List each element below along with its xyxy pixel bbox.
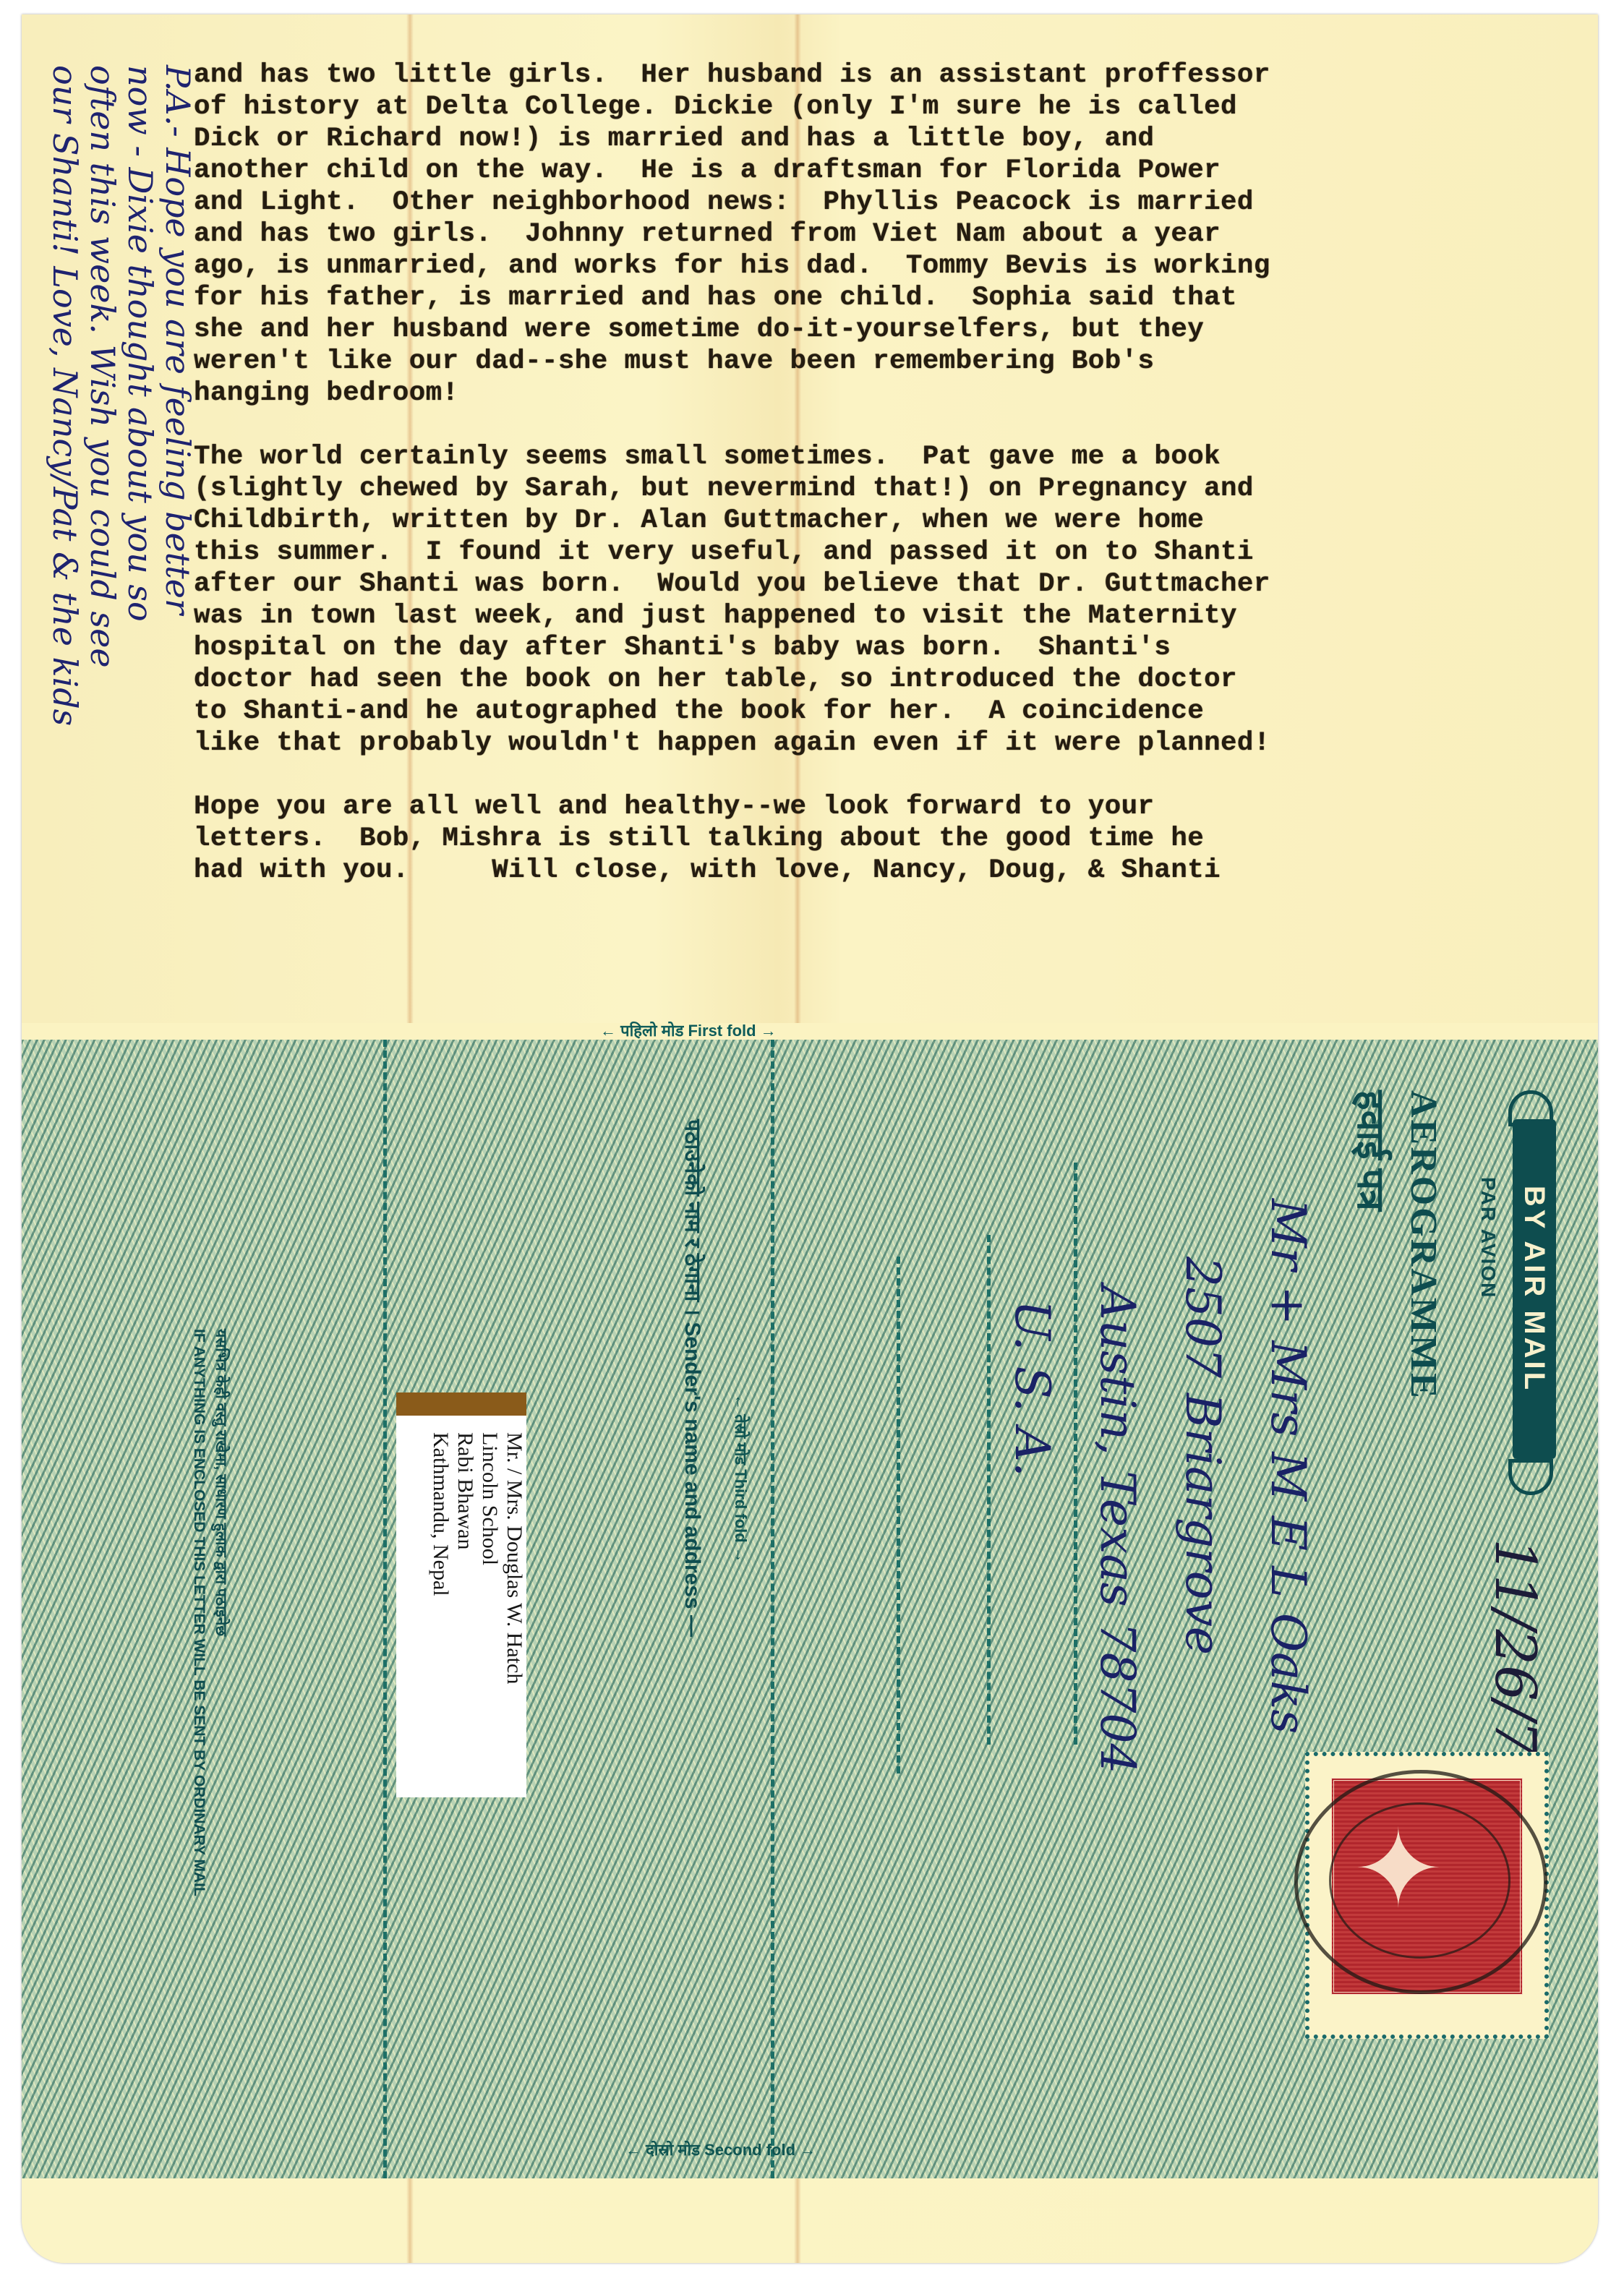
postmark-inner-ring (1329, 1802, 1510, 1959)
sender-city: Kathmandu, Nepal (428, 1432, 453, 1801)
fold-crease (794, 2178, 801, 2263)
margin-note-line: now - Dixie thought about you so (121, 65, 159, 1027)
bottom-flap (22, 2178, 1598, 2263)
margin-note-line: our Shanti! Love, Nancy/Pat & the kids (46, 65, 84, 1027)
enclosure-warning-nepali: यसभित्र केही वस्तु राखेमा, साधारण हुलाक … (210, 1329, 231, 1896)
typewritten-letter-body: and has two little girls. Her husband is… (194, 59, 1589, 918)
margin-note-line: P.A.- Hope you are feeling better (159, 65, 197, 1027)
address-line-country: U. S. A. (989, 1184, 1074, 2052)
sender-name: Mr. / Mrs. Douglas W. Hatch (502, 1432, 526, 1801)
first-fold-label: ← पहिलो मोड First fold → (600, 1019, 777, 1041)
margin-note-line: often this week. Wish you could see (84, 65, 121, 1027)
sender-school: Lincoln School (477, 1432, 502, 1801)
third-fold-line (383, 1040, 387, 2178)
enclosure-warning-english: IF ANYTHING IS ENCLOSED THIS LETTER WILL… (188, 1329, 210, 1896)
sender-name-heading: पठाउनेको नाम र ठेगाना । Sender's name an… (679, 1119, 709, 1637)
letter-paragraph: Hope you are all well and healthy--we lo… (194, 791, 1589, 886)
fold-line (771, 1040, 774, 2178)
label-stripe (396, 1392, 526, 1416)
address-line-street: 2507 Briargrove (1160, 1184, 1245, 2052)
recipient-address: Mr + Mrs M E L Oaks 2507 Briargrove Aust… (954, 1184, 1330, 2052)
letter-paragraph: The world certainly seems small sometime… (194, 441, 1589, 759)
sender-street: Rabi Bhawan (453, 1432, 477, 1801)
address-guide-line (897, 1257, 900, 1774)
letter-paragraph: and has two little girls. Her husband is… (194, 59, 1589, 409)
third-fold-label: ← तेस्रो मोड Third fold → (730, 1394, 752, 1563)
aerogramme-title-nepali: हवाई पत्र (1346, 1090, 1398, 1596)
fold-crease (406, 2178, 414, 2263)
aerogramme-title-english: AEROGRAMME (1402, 1090, 1445, 1596)
sender-address-label: Mr. / Mrs. Douglas W. Hatch Lincoln Scho… (396, 1392, 526, 1797)
second-fold-label: ← दोस्रो मोड Second fold → (625, 2139, 816, 2160)
wing-icon (1508, 1459, 1553, 1495)
by-air-mail-badge: BY AIR MAIL (1513, 1119, 1556, 1459)
by-air-mail-emblem: BY AIR MAIL PAR AVION (1448, 1090, 1585, 1495)
aerogramme-address-panel: BY AIR MAIL PAR AVION AEROGRAMME हवाई पत… (22, 1040, 1598, 2178)
address-line-city: Austin, Texas 78704 (1074, 1184, 1160, 2052)
handwritten-margin-note: P.A.- Hope you are feeling betternow - D… (45, 65, 197, 1027)
letter-panel: and has two little girls. Her husband is… (22, 14, 1598, 1023)
enclosure-warning: यसभित्र केही वस्तु राखेमा, साधारण हुलाक … (188, 1329, 231, 1896)
aerogramme-sheet: and has two little girls. Her husband is… (22, 14, 1598, 2263)
par-avion-label: PAR AVION (1476, 1177, 1500, 1298)
